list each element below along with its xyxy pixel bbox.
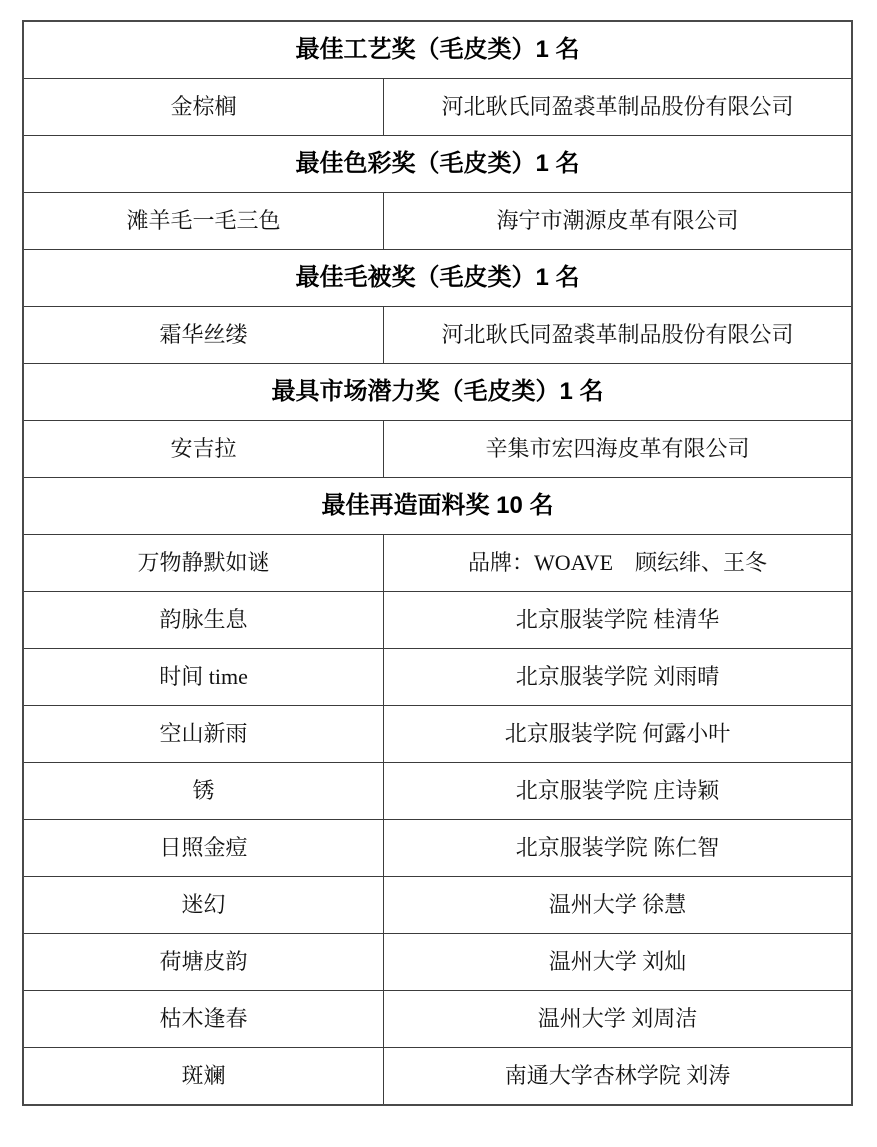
winner-cell: 温州大学 徐慧 — [384, 877, 852, 934]
table-row: 枯木逢春温州大学 刘周洁 — [23, 991, 852, 1048]
winner-cell: 南通大学杏林学院 刘涛 — [384, 1048, 852, 1106]
entry-name-cell: 迷幻 — [23, 877, 384, 934]
winner-cell: 温州大学 刘灿 — [384, 934, 852, 991]
winner-cell: 辛集市宏四海皮革有限公司 — [384, 421, 852, 478]
document-page: 最佳工艺奖（毛皮类）1 名金棕榈河北耿氏同盈裘革制品股份有限公司最佳色彩奖（毛皮… — [0, 0, 877, 1147]
winner-cell: 河北耿氏同盈裘革制品股份有限公司 — [384, 307, 852, 364]
table-row: 滩羊毛一毛三色海宁市潮源皮革有限公司 — [23, 193, 852, 250]
section-header-row: 最具市场潜力奖（毛皮类）1 名 — [23, 364, 852, 421]
table-row: 日照金痘北京服装学院 陈仁智 — [23, 820, 852, 877]
winner-cell: 品牌：WOAVE 顾纭绯、王冬 — [384, 535, 852, 592]
entry-name-cell: 时间 time — [23, 649, 384, 706]
awards-table-body: 最佳工艺奖（毛皮类）1 名金棕榈河北耿氏同盈裘革制品股份有限公司最佳色彩奖（毛皮… — [23, 21, 852, 1105]
section-header-row: 最佳毛被奖（毛皮类）1 名 — [23, 250, 852, 307]
entry-name-cell: 金棕榈 — [23, 79, 384, 136]
section-header: 最佳毛被奖（毛皮类）1 名 — [23, 250, 852, 307]
entry-name-cell: 韵脉生息 — [23, 592, 384, 649]
entry-name-cell: 斑斓 — [23, 1048, 384, 1106]
table-row: 空山新雨北京服装学院 何露小叶 — [23, 706, 852, 763]
awards-table: 最佳工艺奖（毛皮类）1 名金棕榈河北耿氏同盈裘革制品股份有限公司最佳色彩奖（毛皮… — [22, 20, 853, 1106]
table-row: 万物静默如谜品牌：WOAVE 顾纭绯、王冬 — [23, 535, 852, 592]
table-row: 安吉拉辛集市宏四海皮革有限公司 — [23, 421, 852, 478]
winner-cell: 温州大学 刘周洁 — [384, 991, 852, 1048]
section-header: 最佳再造面料奖 10 名 — [23, 478, 852, 535]
table-row: 霜华丝缕河北耿氏同盈裘革制品股份有限公司 — [23, 307, 852, 364]
table-row: 锈北京服装学院 庄诗颖 — [23, 763, 852, 820]
table-row: 迷幻温州大学 徐慧 — [23, 877, 852, 934]
winner-cell: 北京服装学院 庄诗颖 — [384, 763, 852, 820]
winner-cell: 北京服装学院 桂清华 — [384, 592, 852, 649]
winner-cell: 河北耿氏同盈裘革制品股份有限公司 — [384, 79, 852, 136]
entry-name-cell: 空山新雨 — [23, 706, 384, 763]
section-header-row: 最佳色彩奖（毛皮类）1 名 — [23, 136, 852, 193]
entry-name-cell: 万物静默如谜 — [23, 535, 384, 592]
table-row: 金棕榈河北耿氏同盈裘革制品股份有限公司 — [23, 79, 852, 136]
entry-name-cell: 霜华丝缕 — [23, 307, 384, 364]
entry-name-cell: 枯木逢春 — [23, 991, 384, 1048]
table-row: 时间 time北京服装学院 刘雨晴 — [23, 649, 852, 706]
table-row: 荷塘皮韵温州大学 刘灿 — [23, 934, 852, 991]
entry-name-cell: 荷塘皮韵 — [23, 934, 384, 991]
winner-cell: 北京服装学院 何露小叶 — [384, 706, 852, 763]
section-header: 最具市场潜力奖（毛皮类）1 名 — [23, 364, 852, 421]
section-header: 最佳工艺奖（毛皮类）1 名 — [23, 21, 852, 79]
winner-cell: 北京服装学院 陈仁智 — [384, 820, 852, 877]
table-row: 斑斓南通大学杏林学院 刘涛 — [23, 1048, 852, 1106]
section-header-row: 最佳工艺奖（毛皮类）1 名 — [23, 21, 852, 79]
section-header-row: 最佳再造面料奖 10 名 — [23, 478, 852, 535]
entry-name-cell: 锈 — [23, 763, 384, 820]
winner-cell: 海宁市潮源皮革有限公司 — [384, 193, 852, 250]
entry-name-cell: 滩羊毛一毛三色 — [23, 193, 384, 250]
entry-name-cell: 日照金痘 — [23, 820, 384, 877]
entry-name-cell: 安吉拉 — [23, 421, 384, 478]
winner-cell: 北京服装学院 刘雨晴 — [384, 649, 852, 706]
table-row: 韵脉生息北京服装学院 桂清华 — [23, 592, 852, 649]
section-header: 最佳色彩奖（毛皮类）1 名 — [23, 136, 852, 193]
